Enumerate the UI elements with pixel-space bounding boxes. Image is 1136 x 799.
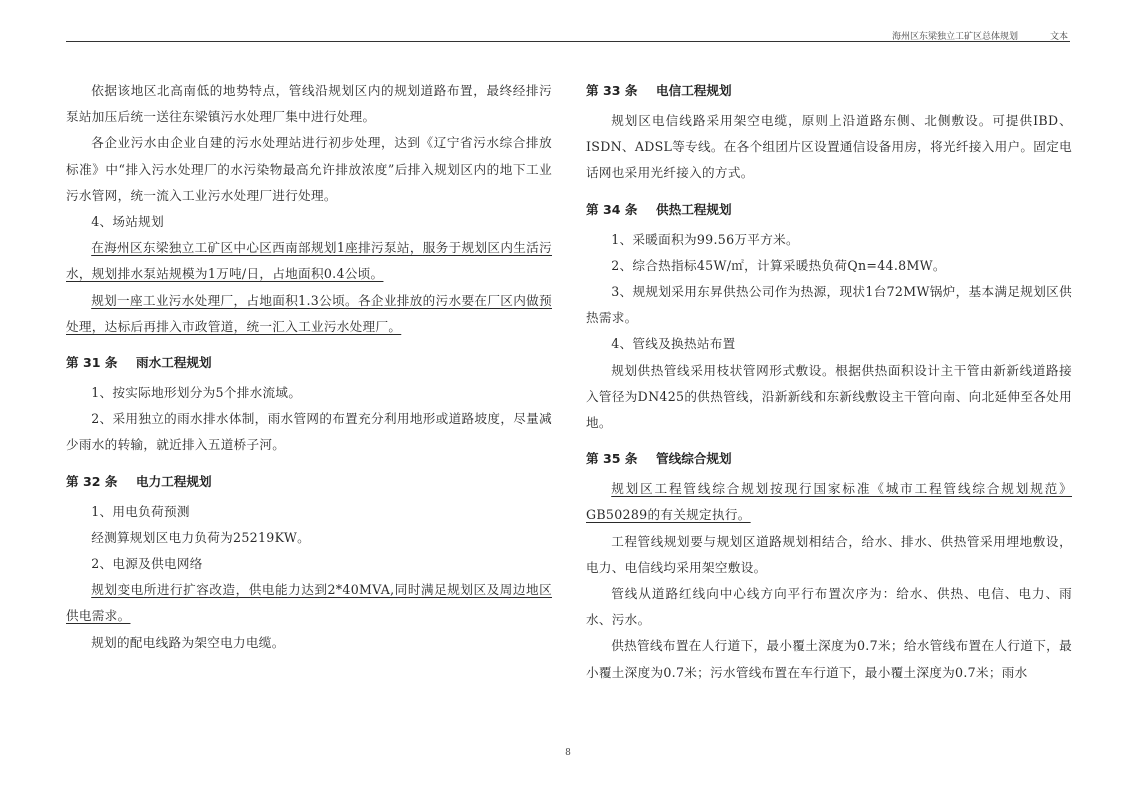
paragraph: 1、采暖面积为99.56万平方米。 [586,227,1072,253]
section-title: 供热工程规划 [656,202,732,217]
paragraph: 管线从道路红线向中心线方向平行布置次序为：给水、供热、电信、电力、雨水、污水。 [586,581,1072,633]
document-title: 海州区东梁独立工矿区总体规划 [892,29,1018,42]
paragraph: 3、规规划采用东昇供热公司作为热源，现状1台72MW锅炉，基本满足规划区供热需求… [586,279,1072,331]
subheading: 4、管线及换热站布置 [586,331,1072,357]
section-title: 电力工程规划 [136,474,212,489]
paragraph: 规划区电信线路采用架空电缆，原则上沿道路东侧、北侧敷设。可提供IBD、ISDN、… [586,108,1072,187]
subheading: 1、用电负荷预测 [66,499,552,525]
subheading: 4、场站规划 [66,209,552,235]
page-number: 8 [0,748,1136,758]
paragraph: 依据该地区北高南低的地势特点，管线沿规划区内的规划道路布置，最终经排污泵站加压后… [66,78,552,130]
paragraph: 2、综合热指标45W/㎡，计算采暖热负荷Qn=44.8MW。 [586,253,1072,279]
paragraph-underlined: 规划区工程管线综合规划按现行国家标准《城市工程管线综合规划规范》GB50289的… [586,476,1072,528]
paragraph: 1、按实际地形划分为5个排水流域。 [66,380,552,406]
paragraph-underlined: 规划一座工业污水处理厂，占地面积1.3公顷。各企业排放的污水要在厂区内做预处理，… [66,288,552,340]
page-header: 海州区东梁独立工矿区总体规划 文本 [66,27,1070,42]
paragraph: 工程管线规划要与规划区道路规划相结合，给水、排水、供热管采用埋地敷设，电力、电信… [586,529,1072,581]
section-number: 第 33 条 [586,78,656,104]
section-title: 雨水工程规划 [136,355,212,370]
right-column: 第 33 条电信工程规划 规划区电信线路采用架空电缆，原则上沿道路东侧、北侧敷设… [586,78,1072,686]
section-heading-34: 第 34 条供热工程规划 [586,197,1072,223]
section-title: 管线综合规划 [656,451,732,466]
paragraph: 规划供热管线采用枝状管网形式敷设。根据供热面积设计主干管由新新线道路接入管径为D… [586,358,1072,437]
section-heading-31: 第 31 条雨水工程规划 [66,350,552,376]
left-column: 依据该地区北高南低的地势特点，管线沿规划区内的规划道路布置，最终经排污泵站加压后… [66,78,552,656]
paragraph: 各企业污水由企业自建的污水处理站进行初步处理，达到《辽宁省污水综合排放标准》中“… [66,130,552,209]
section-number: 第 31 条 [66,350,136,376]
paragraph-underlined: 规划变电所进行扩容改造，供电能力达到2*40MVA,同时满足规划区及周边地区供电… [66,577,552,629]
section-heading-35: 第 35 条管线综合规划 [586,446,1072,472]
paragraph: 经测算规划区电力负荷为25219KW。 [66,525,552,551]
section-heading-32: 第 32 条电力工程规划 [66,469,552,495]
section-heading-33: 第 33 条电信工程规划 [586,78,1072,104]
section-number: 第 32 条 [66,469,136,495]
paragraph: 2、采用独立的雨水排水体制，雨水管网的布置充分利用地形或道路坡度，尽量减少雨水的… [66,406,552,458]
document-tag: 文本 [1050,29,1068,42]
paragraph-underlined: 在海州区东梁独立工矿区中心区西南部规划1座排污泵站，服务于规划区内生活污水，规划… [66,235,552,287]
subheading: 2、电源及供电网络 [66,551,552,577]
section-number: 第 34 条 [586,197,656,223]
section-title: 电信工程规划 [656,83,732,98]
paragraph: 供热管线布置在人行道下，最小覆土深度为0.7米；给水管线布置在人行道下，最小覆土… [586,633,1072,685]
paragraph: 规划的配电线路为架空电力电缆。 [66,630,552,656]
section-number: 第 35 条 [586,446,656,472]
